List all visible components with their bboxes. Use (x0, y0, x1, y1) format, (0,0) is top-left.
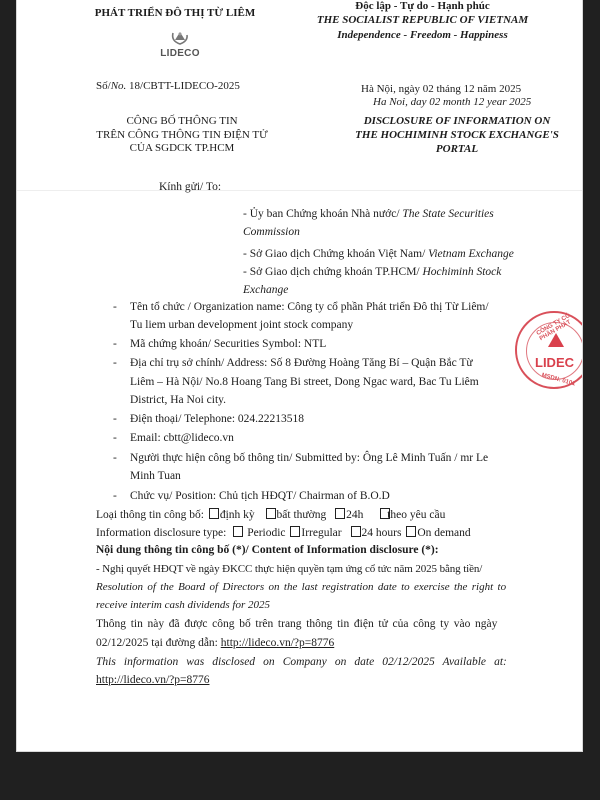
company-stamp: LIDEC CÔNG TY CỔ PHẦN PHÁT MSDN: 0101 (515, 311, 582, 389)
stamp-clip: LIDEC CÔNG TY CỔ PHẦN PHÁT MSDN: 0101 (0, 0, 582, 800)
stamp-text: LIDEC (535, 355, 574, 370)
